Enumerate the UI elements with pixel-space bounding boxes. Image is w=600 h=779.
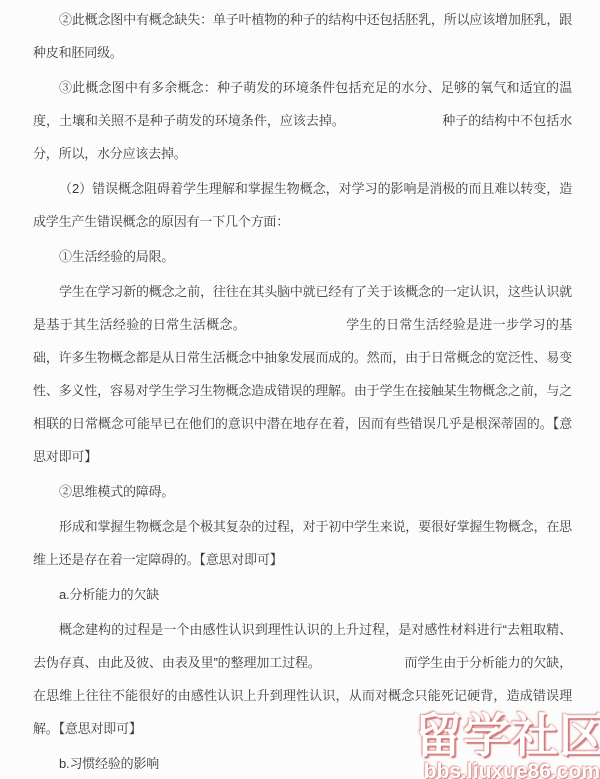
paragraph-analysis-ability-detail: 概念建构的过程是一个由感性认识到理性认识的上升过程，是对感性材料进行“去粗取精、… xyxy=(33,613,572,745)
paragraph-life-experience-detail: 学生在学习新的概念之前，往往在其头脑中就已经有了关于该概念的一定认识，这些认识就… xyxy=(33,275,572,473)
paragraph-heading-habit-experience: b.习惯经验的影响 xyxy=(33,747,572,779)
paragraph-misconception-intro: （2）错误概念阻碍着学生理解和掌握生物概念，对学习的影响是消极的而且难以转变，造… xyxy=(33,172,572,238)
document-page: ②此概念图中有概念缺失：单子叶植物的种子的结构中还包括胚乳，所以应该增加胚乳，跟… xyxy=(0,0,600,779)
document-body: ②此概念图中有概念缺失：单子叶植物的种子的结构中还包括胚乳，所以应该增加胚乳，跟… xyxy=(0,0,600,779)
paragraph-heading-thinking-mode: ②思维模式的障碍。 xyxy=(33,475,572,508)
paragraph-thinking-mode-detail: 形成和掌握生物概念是个极其复杂的过程，对于初中学生来说，要很好掌握生物概念，在思… xyxy=(33,510,572,576)
paragraph-concept-missing: ②此概念图中有概念缺失：单子叶植物的种子的结构中还包括胚乳，所以应该增加胚乳，跟… xyxy=(33,3,572,69)
paragraph-heading-analysis-ability: a.分析能力的欠缺 xyxy=(33,578,572,611)
paragraph-concept-redundant: ③此概念图中有多余概念：种子萌发的环境条件包括充足的水分、足够的氧气和适宜的温度… xyxy=(33,71,572,170)
paragraph-heading-life-experience: ①生活经验的局限。 xyxy=(33,240,572,273)
